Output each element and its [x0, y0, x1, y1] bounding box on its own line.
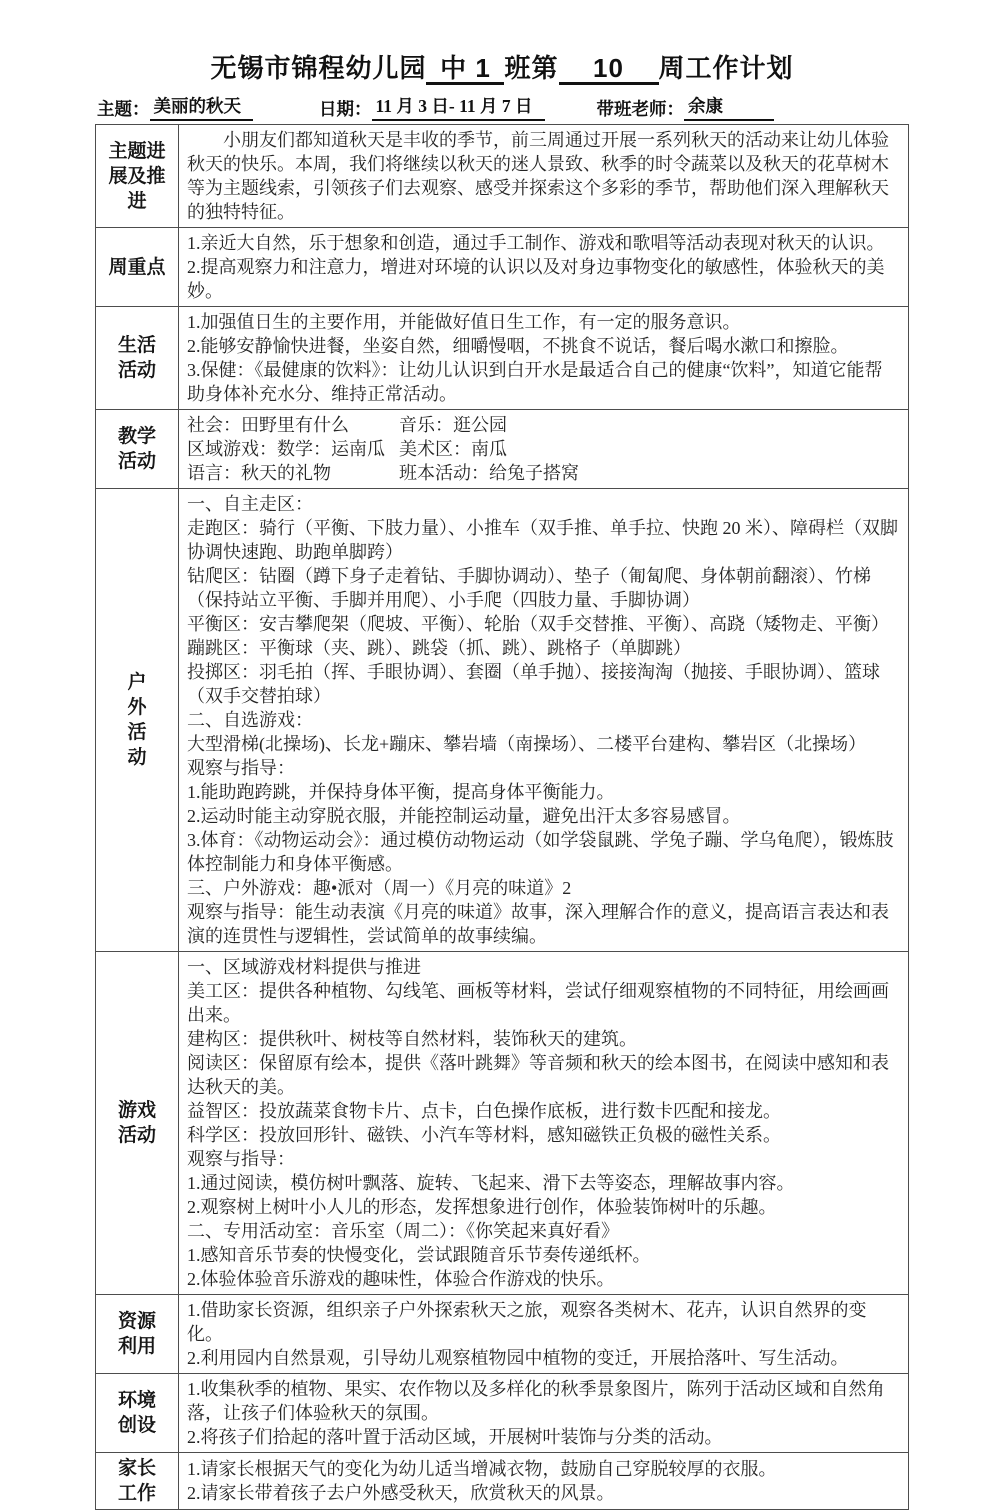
meta-theme: 主题： 美丽的秋天 [97, 93, 253, 121]
row-label-line: 主题进 [104, 139, 170, 164]
row-label-teaching: 教学活动 [96, 410, 179, 489]
row-content-play: 一、区域游戏材料提供与推进美工区：提供各种植物、勾线笔、画板等材料，尝试仔细观察… [179, 952, 909, 1295]
pair-right-item: 美术区：南瓜 [399, 439, 507, 459]
title-class-blank: 中 1 [426, 55, 504, 85]
row-label-line: 活动 [104, 1123, 170, 1148]
row-teaching: 教学活动社会：田野里有什么音乐：逛公园区域游戏：数学：运南瓜美术区：南瓜语言：秋… [96, 410, 909, 489]
pair-left-item: 社会：田野里有什么 [187, 413, 399, 437]
paragraph: 2.体验体验音乐游戏的趣味性，体验合作游戏的快乐。 [187, 1267, 900, 1291]
meta-date-label: 日期： [319, 96, 372, 121]
row-play: 游戏活动一、区域游戏材料提供与推进美工区：提供各种植物、勾线笔、画板等材料，尝试… [96, 952, 909, 1295]
row-label-line: 动 [104, 745, 170, 770]
title-school: 无锡市锦程幼儿园 [210, 53, 426, 83]
plan-table: 主题进展及推进小朋友们都知道秋天是丰收的季节，前三周通过开展一系列秋天的活动来让… [95, 124, 909, 1414]
paragraph: 2.能够安静愉快进餐，坐姿自然，细嚼慢咽，不挑食不说话，餐后喝水漱口和擦脸。 [187, 334, 900, 358]
paragraph: 钻爬区：钻圈（蹲下身子走着钻、手脚协调动）、垫子（匍匐爬、身体朝前翻滚）、竹梯（… [187, 564, 900, 612]
paragraph: 2.运动时能主动穿脱衣服，并能控制运动量，避免出汗太多容易感冒。 [187, 804, 900, 828]
paragraph: 三、户外游戏：趣•派对（周一）《月亮的味道》2 [187, 876, 900, 900]
row-label-line: 游戏 [104, 1098, 170, 1123]
paragraph: 蹦跳区：平衡球（夹、跳）、跳袋（抓、跳）、跳格子（单脚跳） [187, 636, 900, 660]
row-content-theme-progress: 小朋友们都知道秋天是丰收的季节，前三周通过开展一系列秋天的活动来让幼儿体验秋天的… [179, 125, 909, 228]
row-content-daily-life: 1.加强值日生的主要作用，并能做好值日生工作，有一定的服务意识。2.能够安静愉快… [179, 307, 909, 410]
row-outdoor: 户外活动一、自主走区：走跑区：骑行（平衡、下肢力量）、小推车（双手推、单手拉、快… [96, 489, 909, 952]
row-resources: 资源利用1.借助家长资源，组织亲子户外探索秋天之旅，观察各类树木、花卉，认识自然… [96, 1295, 909, 1374]
pair-right-item: 音乐：逛公园 [399, 415, 507, 435]
paragraph: 投掷区：羽毛拍（挥、手眼协调）、套圈（单手抛）、接接淘淘（抛接、手眼协调）、篮球… [187, 660, 900, 708]
paragraph: 观察与指导： [187, 756, 900, 780]
meta-theme-value: 美丽的秋天 [150, 93, 254, 121]
pair-line: 社会：田野里有什么音乐：逛公园 [187, 413, 900, 437]
paragraph: 一、自主走区： [187, 492, 900, 516]
pair-left-item: 区域游戏：数学：运南瓜 [187, 437, 399, 461]
row-label-line: 外 [104, 695, 170, 720]
paragraph: 阅读区：保留原有绘本，提供《落叶跳舞》等音频和秋天的绘本图书，在阅读中感知和表达… [187, 1051, 900, 1099]
meta-line: 主题： 美丽的秋天 日期： 11 月 3 日- 11 月 7 日 带班老师： 余… [97, 93, 909, 121]
row-label-line: 资源 [104, 1309, 170, 1334]
row-weekly-focus: 周重点1.亲近大自然，乐于想象和创造，通过手工制作、游戏和歌唱等活动表现对秋天的… [96, 228, 909, 307]
row-label-line: 进 [104, 189, 170, 214]
title-suffix: 周工作计划 [659, 53, 794, 83]
page-title: 无锡市锦程幼儿园中 1班第10周工作计划 [95, 48, 909, 85]
row-label-theme-progress: 主题进展及推进 [96, 125, 179, 228]
row-daily-life: 生活活动1.加强值日生的主要作用，并能做好值日生工作，有一定的服务意识。2.能够… [96, 307, 909, 410]
row-label-outdoor: 户外活动 [96, 489, 179, 952]
row-label-line: 活动 [104, 358, 170, 383]
row-label-line: 生活 [104, 333, 170, 358]
meta-date: 日期： 11 月 3 日- 11 月 7 日 [319, 93, 545, 121]
row-label-line: 活 [104, 720, 170, 745]
row-content-teaching: 社会：田野里有什么音乐：逛公园区域游戏：数学：运南瓜美术区：南瓜语言：秋天的礼物… [179, 410, 909, 489]
paragraph: 1.加强值日生的主要作用，并能做好值日生工作，有一定的服务意识。 [187, 310, 900, 334]
paragraph: 平衡区：安吉攀爬架（爬坡、平衡）、轮胎（双手交替推、平衡）、高跷（矮物走、平衡） [187, 612, 900, 636]
paragraph: 3.体育：《动物运动会》：通过模仿动物运动（如学袋鼠跳、学兔子蹦、学乌龟爬），锻… [187, 828, 900, 876]
row-label-play: 游戏活动 [96, 952, 179, 1295]
paragraph: 益智区：投放蔬菜食物卡片、点卡，白色操作底板，进行数卡匹配和接龙。 [187, 1099, 900, 1123]
title-week-blank: 10 [559, 55, 659, 85]
row-content-weekly-focus: 1.亲近大自然，乐于想象和创造，通过手工制作、游戏和歌唱等活动表现对秋天的认识。… [179, 228, 909, 307]
meta-teacher: 带班老师： 余康 [597, 93, 775, 121]
row-label-line: 户 [104, 670, 170, 695]
paragraph: 2.利用园内自然景观，引导幼儿观察植物园中植物的变迁，开展拾落叶、写生活动。 [187, 1346, 900, 1370]
paragraph: 1.感知音乐节奏的快慢变化，尝试跟随音乐节奏传递纸杯。 [187, 1243, 900, 1267]
paragraph: 1.能助跑跨跳，并保持身体平衡，提高身体平衡能力。 [187, 780, 900, 804]
meta-theme-label: 主题： [97, 96, 150, 121]
pair-left-item: 语言：秋天的礼物 [187, 461, 399, 485]
meta-teacher-label: 带班老师： [597, 96, 685, 121]
plan-table-body: 主题进展及推进小朋友们都知道秋天是丰收的季节，前三周通过开展一系列秋天的活动来让… [96, 125, 909, 1414]
paragraph: 2.提高观察力和注意力，增进对环境的认识以及对身边事物变化的敏感性，体验秋天的美… [187, 255, 900, 303]
row-content-environment: 1.收集秋季的植物、果实、农作物以及多样化的秋季景象图片，陈列于活动区域和自然角… [179, 1374, 909, 1414]
row-label-resources: 资源利用 [96, 1295, 179, 1374]
row-content-outdoor: 一、自主走区：走跑区：骑行（平衡、下肢力量）、小推车（双手推、单手拉、快跑 20… [179, 489, 909, 952]
paragraph: 观察与指导： [187, 1147, 900, 1171]
meta-date-value: 11 月 3 日- 11 月 7 日 [372, 93, 545, 121]
row-label-line: 活动 [104, 449, 170, 474]
row-theme-progress: 主题进展及推进小朋友们都知道秋天是丰收的季节，前三周通过开展一系列秋天的活动来让… [96, 125, 909, 228]
pair-line: 区域游戏：数学：运南瓜美术区：南瓜 [187, 437, 900, 461]
paragraph: 小朋友们都知道秋天是丰收的季节，前三周通过开展一系列秋天的活动来让幼儿体验秋天的… [187, 128, 900, 224]
paragraph: 观察与指导：能生动表演《月亮的味道》故事，深入理解合作的意义，提高语言表达和表演… [187, 900, 900, 948]
paragraph: 科学区：投放回形针、磁铁、小汽车等材料，感知磁铁正负极的磁性关系。 [187, 1123, 900, 1147]
paragraph: 二、专用活动室：音乐室（周二）：《你笑起来真好看》 [187, 1219, 900, 1243]
row-environment: 环境创设1.收集秋季的植物、果实、农作物以及多样化的秋季景象图片，陈列于活动区域… [96, 1374, 909, 1414]
paragraph: 美工区：提供各种植物、勾线笔、画板等材料，尝试仔细观察植物的不同特征，用绘画画出… [187, 979, 900, 1027]
row-label-weekly-focus: 周重点 [96, 228, 179, 307]
paragraph: 1.收集秋季的植物、果实、农作物以及多样化的秋季景象图片，陈列于活动区域和自然角… [187, 1377, 900, 1414]
paragraph: 2.观察树上树叶小人儿的形态，发挥想象进行创作，体验装饰树叶的乐趣。 [187, 1195, 900, 1219]
paragraph: 二、自选游戏： [187, 708, 900, 732]
row-label-environment: 环境创设 [96, 1374, 179, 1414]
paragraph: 1.通过阅读，模仿树叶飘落、旋转、飞起来、滑下去等姿态，理解故事内容。 [187, 1171, 900, 1195]
row-label-line: 周重点 [104, 255, 170, 280]
meta-teacher-value: 余康 [684, 93, 774, 121]
row-label-line: 教学 [104, 424, 170, 449]
paragraph: 大型滑梯(北操场)、长龙+蹦床、攀岩墙（南操场）、二楼平台建构、攀岩区（北操场） [187, 732, 900, 756]
document-page: 无锡市锦程幼儿园中 1班第10周工作计划 主题： 美丽的秋天 日期： 11 月 … [95, 48, 909, 1414]
title-mid: 班第 [504, 53, 558, 83]
row-label-line: 利用 [104, 1334, 170, 1359]
paragraph: 走跑区：骑行（平衡、下肢力量）、小推车（双手推、单手拉、快跑 20 米）、障碍栏… [187, 516, 900, 564]
paragraph: 1.亲近大自然，乐于想象和创造，通过手工制作、游戏和歌唱等活动表现对秋天的认识。 [187, 231, 900, 255]
row-label-line: 环境 [104, 1388, 170, 1413]
paragraph: 一、区域游戏材料提供与推进 [187, 955, 900, 979]
row-label-daily-life: 生活活动 [96, 307, 179, 410]
paragraph: 1.借助家长资源，组织亲子户外探索秋天之旅，观察各类树木、花卉，认识自然界的变化… [187, 1298, 900, 1346]
paragraph: 建构区：提供秋叶、树枝等自然材料，装饰秋天的建筑。 [187, 1027, 900, 1051]
row-label-line: 展及推 [104, 164, 170, 189]
paragraph: 3.保健：《最健康的饮料》：让幼儿认识到白开水是最适合自己的健康“饮料”，知道它… [187, 358, 900, 406]
pair-right-item: 班本活动：给兔子搭窝 [399, 463, 579, 483]
row-content-resources: 1.借助家长资源，组织亲子户外探索秋天之旅，观察各类树木、花卉，认识自然界的变化… [179, 1295, 909, 1374]
pair-line: 语言：秋天的礼物班本活动：给兔子搭窝 [187, 461, 900, 485]
